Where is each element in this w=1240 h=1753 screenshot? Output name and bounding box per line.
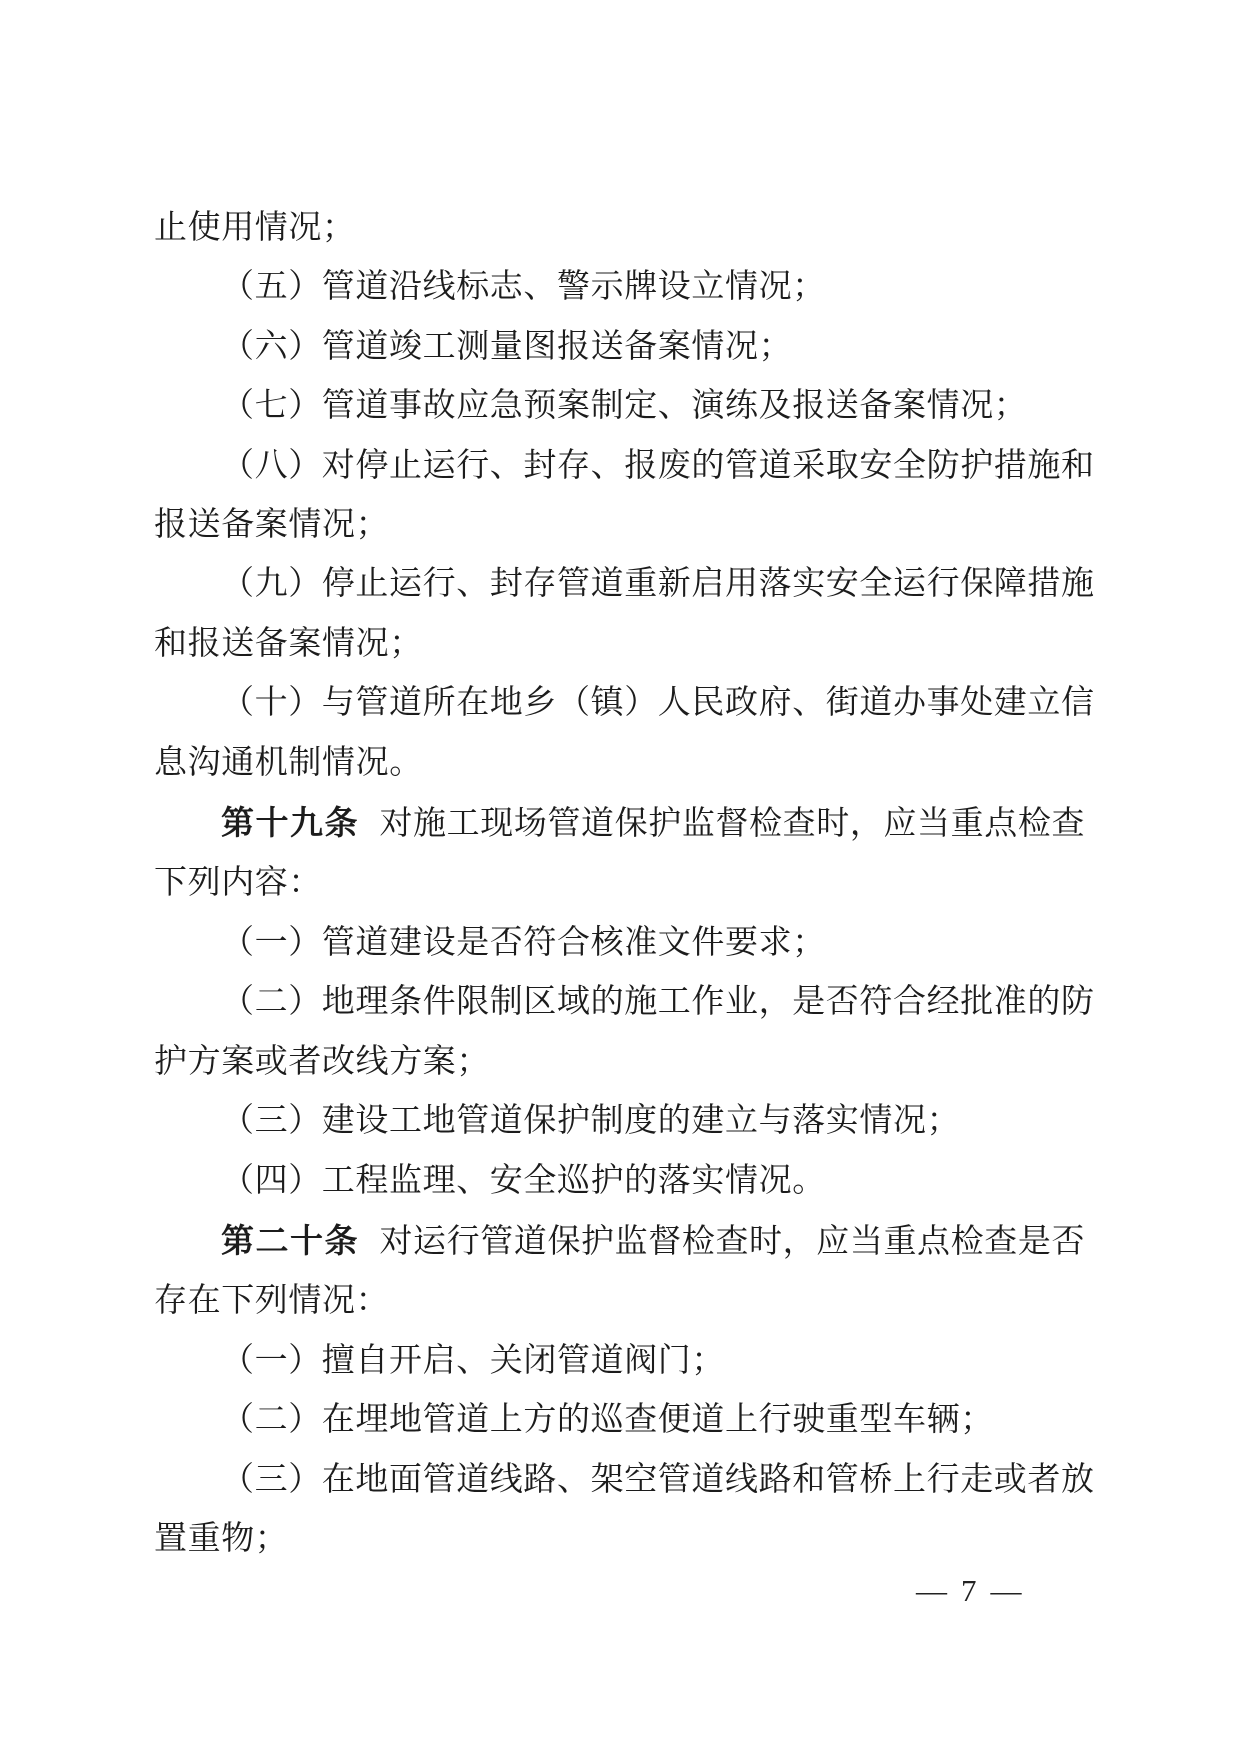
line-text: （二）在埋地管道上方的巡查便道上行驶重型车辆； [221, 1402, 994, 1438]
list-item-1: （一）管道建设是否符合核准文件要求； [154, 914, 1104, 973]
line-text: 下列内容： [154, 865, 322, 901]
list-item-7: （七）管道事故应急预案制定、演练及报送备案情况； [154, 377, 1104, 436]
list-item-2: （二）在埋地管道上方的巡查便道上行驶重型车辆； [154, 1391, 1104, 1450]
list-item-3: （三）在地面管道线路、架空管道线路和管桥上行走或者放 [154, 1451, 1104, 1510]
line-text: （七）管道事故应急预案制定、演练及报送备案情况； [221, 388, 1027, 424]
line-text: （九）停止运行、封存管道重新启用落实安全运行保障措施 [221, 566, 1095, 602]
list-item-6: （六）管道竣工测量图报送备案情况； [154, 318, 1104, 377]
line-text: 存在下列情况： [154, 1283, 389, 1319]
list-item-3: （三）建设工地管道保护制度的建立与落实情况； [154, 1092, 1104, 1151]
text-line: 置重物； [154, 1510, 1104, 1569]
list-item-4: （四）工程监理、安全巡护的落实情况。 [154, 1152, 1104, 1211]
page-number: 7 [961, 1568, 977, 1614]
text-line: 报送备案情况； [154, 496, 1104, 555]
list-item-10: （十）与管道所在地乡（镇）人民政府、街道办事处建立信 [154, 674, 1104, 733]
article-20-heading-line: 第二十条对运行管道保护监督检查时，应当重点检查是否 [154, 1211, 1104, 1272]
text-line: 息沟通机制情况。 [154, 734, 1104, 793]
line-text: 护方案或者改线方案； [154, 1044, 490, 1080]
text-line: 护方案或者改线方案； [154, 1033, 1104, 1092]
line-text: （八）对停止运行、封存、报废的管道采取安全防护措施和 [221, 448, 1095, 484]
line-text: 报送备案情况； [154, 507, 389, 543]
line-text: （一）管道建设是否符合核准文件要求； [221, 925, 826, 961]
line-text: （五）管道沿线标志、警示牌设立情况； [221, 269, 826, 305]
line-text: （十）与管道所在地乡（镇）人民政府、街道办事处建立信 [221, 685, 1095, 721]
line-text: （三）在地面管道线路、架空管道线路和管桥上行走或者放 [221, 1462, 1095, 1498]
line-text: 对施工现场管道保护监督检查时，应当重点检查 [379, 806, 1085, 842]
text-line: 止使用情况； [154, 199, 1104, 258]
footer-dash-left: — [916, 1568, 947, 1614]
text-line: 下列内容： [154, 854, 1104, 913]
line-text: （三）建设工地管道保护制度的建立与落实情况； [221, 1103, 960, 1139]
article-19-heading-line: 第十九条对施工现场管道保护监督检查时，应当重点检查 [154, 793, 1104, 854]
article-19-number: 第十九条 [221, 804, 359, 841]
line-text: 止使用情况； [154, 210, 356, 246]
line-text: 对运行管道保护监督检查时，应当重点检查是否 [379, 1224, 1085, 1260]
page-footer: — 7 — [916, 1568, 1022, 1614]
line-text: （六）管道竣工测量图报送备案情况； [221, 329, 792, 365]
article-20-number: 第二十条 [221, 1222, 359, 1259]
line-text: 息沟通机制情况。 [154, 745, 423, 781]
document-page: 止使用情况； （五）管道沿线标志、警示牌设立情况； （六）管道竣工测量图报送备案… [0, 0, 1240, 1753]
list-item-1: （一）擅自开启、关闭管道阀门； [154, 1332, 1104, 1391]
document-body: 止使用情况； （五）管道沿线标志、警示牌设立情况； （六）管道竣工测量图报送备案… [154, 199, 1104, 1569]
footer-dash-right: — [991, 1568, 1022, 1614]
text-line: 存在下列情况： [154, 1272, 1104, 1331]
line-text: 和报送备案情况； [154, 626, 423, 662]
list-item-5: （五）管道沿线标志、警示牌设立情况； [154, 258, 1104, 317]
list-item-2: （二）地理条件限制区域的施工作业，是否符合经批准的防 [154, 973, 1104, 1032]
list-item-9: （九）停止运行、封存管道重新启用落实安全运行保障措施 [154, 555, 1104, 614]
list-item-8: （八）对停止运行、封存、报废的管道采取安全防护措施和 [154, 437, 1104, 496]
line-text: （四）工程监理、安全巡护的落实情况。 [221, 1163, 826, 1199]
line-text: 置重物； [154, 1521, 288, 1557]
line-text: （二）地理条件限制区域的施工作业，是否符合经批准的防 [221, 984, 1095, 1020]
text-line: 和报送备案情况； [154, 615, 1104, 674]
line-text: （一）擅自开启、关闭管道阀门； [221, 1343, 725, 1379]
